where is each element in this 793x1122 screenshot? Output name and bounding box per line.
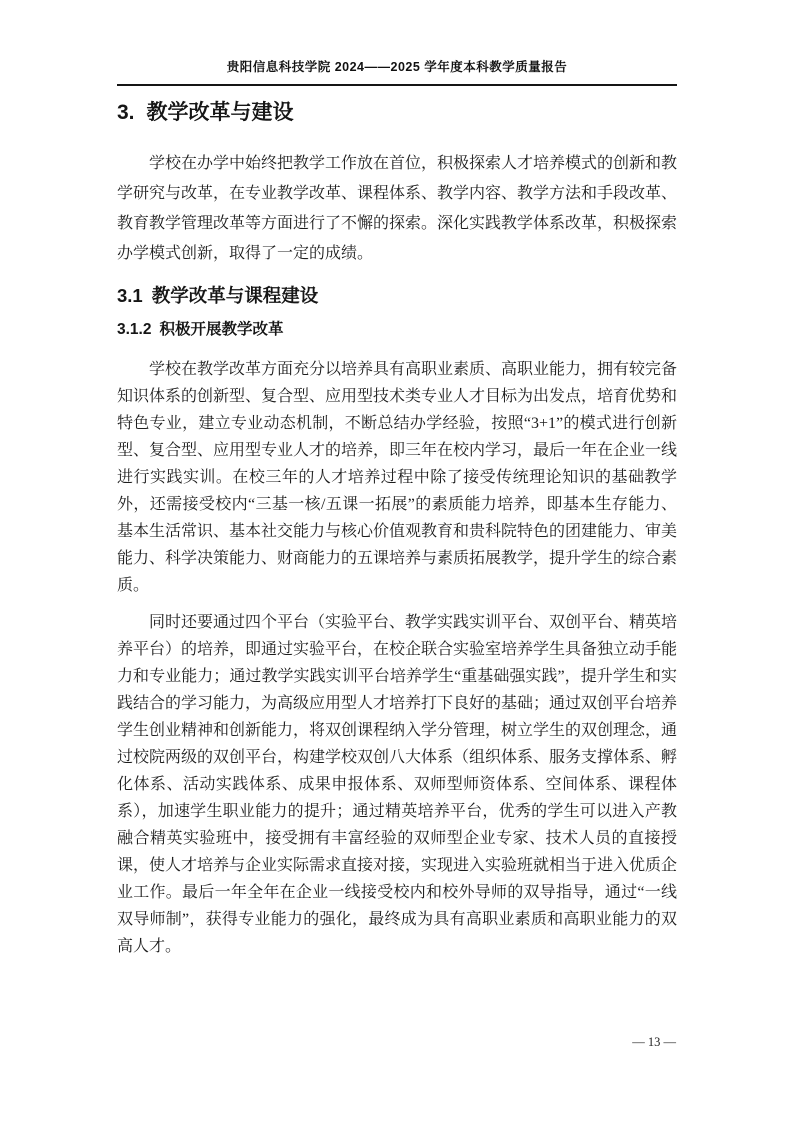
document-page: 贵阳信息科技学院 2024——2025 学年度本科教学质量报告 3. 教学改革与… [117,0,677,960]
subsubsection-heading-text: 积极开展教学改革 [159,320,283,339]
paragraph-teaching-reform: 学校在教学改革方面充分以培养具有高职业素质、高职业能力，拥有较完备知识体系的创新… [117,356,677,599]
running-header: 贵阳信息科技学院 2024——2025 学年度本科教学质量报告 [117,0,677,86]
subsubsection-heading: 3.1.2 积极开展教学改革 [117,320,677,339]
section-heading: 3. 教学改革与建设 [117,100,677,126]
section-number: 3. [117,100,135,126]
page-footer: — 13 — [632,1034,676,1050]
paragraph-four-platforms: 同时还要通过四个平台（实验平台、教学实践实训平台、双创平台、精英培养平台）的培养… [117,609,677,960]
section-heading-text: 教学改革与建设 [147,100,294,126]
subsection-heading: 3.1 教学改革与课程建设 [117,285,677,307]
subsection-heading-text: 教学改革与课程建设 [152,285,319,307]
page-number: — 13 — [632,1035,676,1049]
subsubsection-number: 3.1.2 [117,320,151,339]
running-header-title: 贵阳信息科技学院 2024——2025 学年度本科教学质量报告 [227,60,568,74]
paragraph-intro: 学校在办学中始终把教学工作放在首位，积极探索人才培养模式的创新和教学研究与改革，… [117,149,677,269]
subsection-number: 3.1 [117,285,143,307]
